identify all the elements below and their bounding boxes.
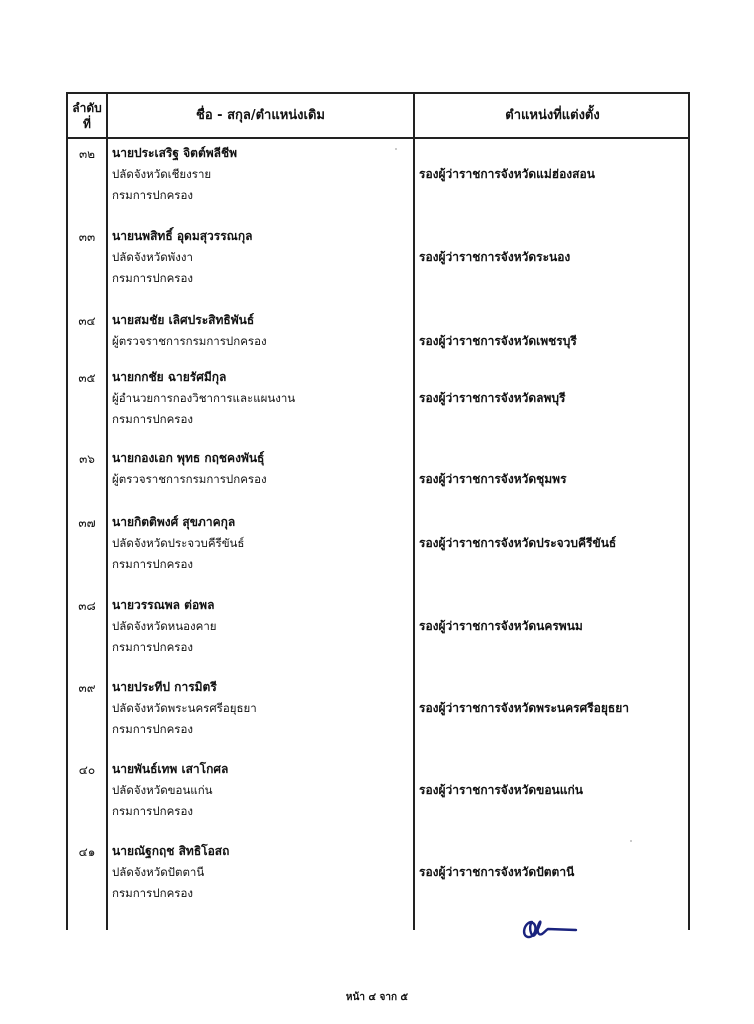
department: กรมการปกครอง: [112, 883, 412, 904]
row-number: ๔๑: [68, 843, 106, 862]
row-number: ๓๕: [68, 369, 106, 388]
former-position: ผู้ตรวจราชการกรมการปกครอง: [112, 331, 412, 352]
row-number: ๓๓: [68, 228, 106, 247]
new-position: รองผู้ว่าราชการจังหวัดเพชรบุรี: [419, 331, 577, 352]
name-former-position-cell: นายประทีป การมิตรีปลัดจังหวัดพระนครศรีอย…: [112, 677, 412, 740]
document-page: ลำดับ ที่ ชื่อ - สกุล/ตำแหน่งเดิม ตำแหน่…: [0, 0, 754, 1024]
department: กรมการปกครอง: [112, 637, 412, 658]
header-number: ลำดับ ที่: [68, 94, 106, 137]
page-number: หน้า ๔ จาก ๕: [0, 990, 754, 1005]
person-name: นายสมชัย เลิศประสิทธิพันธ์: [112, 310, 412, 331]
person-name: นายณัฐกฤช สิทธิโอสถ: [112, 841, 412, 862]
person-name: นายกองเอก พุทธ กฤชคงพันธุ์: [112, 448, 412, 469]
header-new-position: ตำแหน่งที่แต่งตั้ง: [415, 94, 690, 137]
row-number: ๔๐: [68, 761, 106, 780]
former-position: ปลัดจังหวัดเชียงราย: [112, 164, 412, 185]
new-position: รองผู้ว่าราชการจังหวัดลพบุรี: [419, 388, 565, 409]
name-former-position-cell: นายพันธ์เทพ เสาโกศลปลัดจังหวัดขอนแก่นกรม…: [112, 759, 412, 822]
row-number: ๓๘: [68, 597, 106, 616]
new-position: รองผู้ว่าราชการจังหวัดชุมพร: [419, 469, 567, 490]
person-name: นายนพสิทธิ์ อุดมสุวรรณกุล: [112, 226, 412, 247]
header-name-text: ชื่อ - สกุล/ตำแหน่งเดิม: [196, 108, 325, 124]
column-divider: [106, 92, 108, 930]
new-position: รองผู้ว่าราชการจังหวัดระนอง: [419, 247, 570, 268]
new-position: รองผู้ว่าราชการจังหวัดนครพนม: [419, 616, 583, 637]
name-former-position-cell: นายกกชัย ฉายรัศมีกุลผู้อำนวยการกองวิชากา…: [112, 367, 412, 430]
row-number: ๓๗: [68, 514, 106, 533]
row-number: ๓๔: [68, 312, 106, 331]
name-former-position-cell: นายกองเอก พุทธ กฤชคงพันธุ์ผู้ตรวจราชการก…: [112, 448, 412, 490]
name-former-position-cell: นายณัฐกฤช สิทธิโอสถปลัดจังหวัดปัตตานีกรม…: [112, 841, 412, 904]
row-number: ๓๒: [68, 145, 106, 164]
department: กรมการปกครอง: [112, 801, 412, 822]
former-position: ปลัดจังหวัดประจวบคีรีขันธ์: [112, 533, 412, 554]
department: กรมการปกครอง: [112, 719, 412, 740]
new-position: รองผู้ว่าราชการจังหวัดขอนแก่น: [419, 780, 583, 801]
header-name-former-position: ชื่อ - สกุล/ตำแหน่งเดิม: [108, 94, 413, 137]
name-former-position-cell: นายวรรณพล ต่อพลปลัดจังหวัดหนองคายกรมการป…: [112, 595, 412, 658]
person-name: นายกกชัย ฉายรัศมีกุล: [112, 367, 412, 388]
former-position: ปลัดจังหวัดพังงา: [112, 247, 412, 268]
header-divider: [66, 137, 690, 139]
header-new-position-text: ตำแหน่งที่แต่งตั้ง: [505, 108, 599, 124]
new-position: รองผู้ว่าราชการจังหวัดปัตตานี: [419, 862, 574, 883]
former-position: ปลัดจังหวัดขอนแก่น: [112, 780, 412, 801]
department: กรมการปกครอง: [112, 185, 412, 206]
new-position: รองผู้ว่าราชการจังหวัดแม่ฮ่องสอน: [419, 164, 595, 185]
new-position: รองผู้ว่าราชการจังหวัดประจวบคีรีขันธ์: [419, 533, 616, 554]
scan-speck: [395, 148, 397, 150]
signature-icon: [518, 912, 588, 942]
department: กรมการปกครอง: [112, 554, 412, 575]
former-position: ปลัดจังหวัดหนองคาย: [112, 616, 412, 637]
former-position: ปลัดจังหวัดพระนครศรีอยุธยา: [112, 698, 412, 719]
department: กรมการปกครอง: [112, 409, 412, 430]
former-position: ปลัดจังหวัดปัตตานี: [112, 862, 412, 883]
person-name: นายพันธ์เทพ เสาโกศล: [112, 759, 412, 780]
name-former-position-cell: นายประเสริฐ จิตต์พลีชีพปลัดจังหวัดเชียงร…: [112, 143, 412, 206]
name-former-position-cell: นายนพสิทธิ์ อุดมสุวรรณกุลปลัดจังหวัดพังง…: [112, 226, 412, 289]
former-position: ผู้อำนวยการกองวิชาการและแผนงาน: [112, 388, 412, 409]
scan-speck: [630, 840, 632, 842]
person-name: นายประทีป การมิตรี: [112, 677, 412, 698]
name-former-position-cell: นายสมชัย เลิศประสิทธิพันธ์ผู้ตรวจราชการก…: [112, 310, 412, 352]
person-name: นายวรรณพล ต่อพล: [112, 595, 412, 616]
former-position: ผู้ตรวจราชการกรมการปกครอง: [112, 469, 412, 490]
name-former-position-cell: นายกิตติพงศ์ สุขภาคกุลปลัดจังหวัดประจวบค…: [112, 512, 412, 575]
department: กรมการปกครอง: [112, 268, 412, 289]
row-number: ๓๖: [68, 450, 106, 469]
person-name: นายกิตติพงศ์ สุขภาคกุล: [112, 512, 412, 533]
row-number: ๓๙: [68, 679, 106, 698]
header-number-text: ลำดับ ที่: [72, 100, 102, 132]
column-divider: [413, 92, 415, 930]
person-name: นายประเสริฐ จิตต์พลีชีพ: [112, 143, 412, 164]
new-position: รองผู้ว่าราชการจังหวัดพระนครศรีอยุธยา: [419, 698, 629, 719]
